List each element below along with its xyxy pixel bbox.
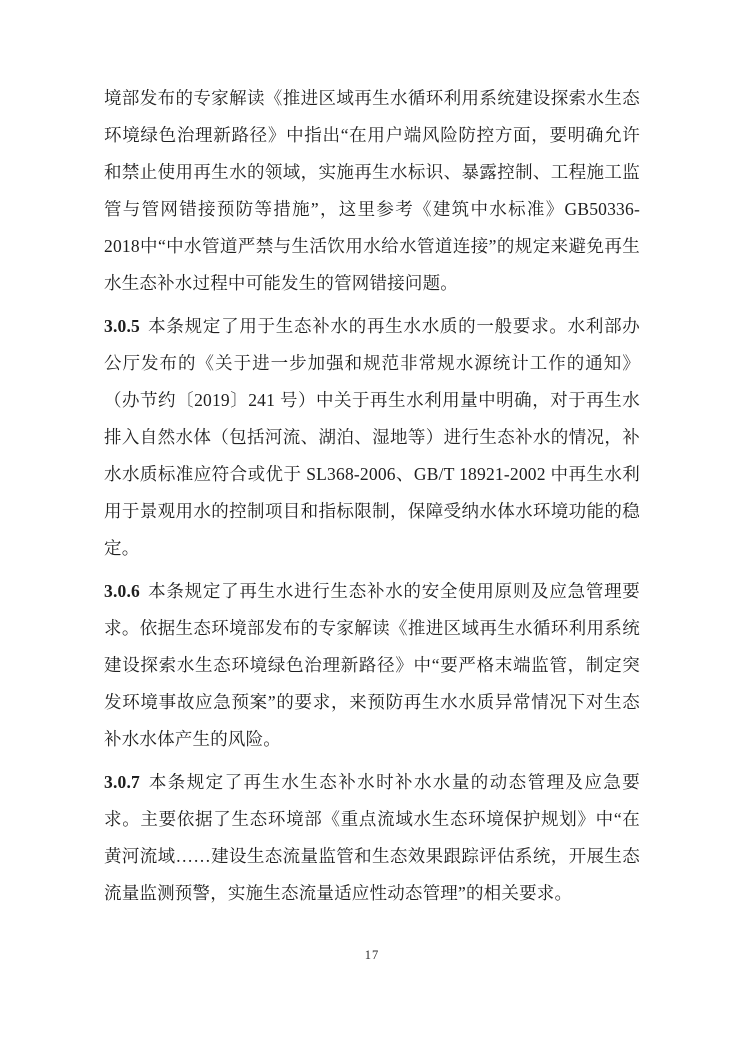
page-content: 境部发布的专家解读《推进区域再生水循环利用系统建设探索水生态环境绿色治理新路径》… <box>104 80 640 918</box>
paragraph-3-0-6: 3.0.6 本条规定了再生水进行生态补水的安全使用原则及应急管理要求。依据生态环… <box>104 573 640 758</box>
section-number: 3.0.5 <box>104 316 145 336</box>
paragraph-continuation: 境部发布的专家解读《推进区域再生水循环利用系统建设探索水生态环境绿色治理新路径》… <box>104 80 640 302</box>
paragraph-text: 境部发布的专家解读《推进区域再生水循环利用系统建设探索水生态环境绿色治理新路径》… <box>104 88 640 293</box>
paragraph-3-0-7: 3.0.7 本条规定了再生水生态补水时补水水量的动态管理及应急要求。主要依据了生… <box>104 764 640 912</box>
paragraph-text: 本条规定了用于生态补水的再生水水质的一般要求。水利部办公厅发布的《关于进一步加强… <box>104 316 640 558</box>
section-number: 3.0.7 <box>104 772 146 792</box>
paragraph-text: 本条规定了再生水生态补水时补水水量的动态管理及应急要求。主要依据了生态环境部《重… <box>104 772 640 903</box>
section-number: 3.0.6 <box>104 581 145 601</box>
paragraph-text: 本条规定了再生水进行生态补水的安全使用原则及应急管理要求。依据生态环境部发布的专… <box>104 581 640 749</box>
document-page: 境部发布的专家解读《推进区域再生水循环利用系统建设探索水生态环境绿色治理新路径》… <box>0 0 744 1052</box>
paragraph-3-0-5: 3.0.5 本条规定了用于生态补水的再生水水质的一般要求。水利部办公厅发布的《关… <box>104 308 640 567</box>
page-number: 17 <box>0 948 744 963</box>
